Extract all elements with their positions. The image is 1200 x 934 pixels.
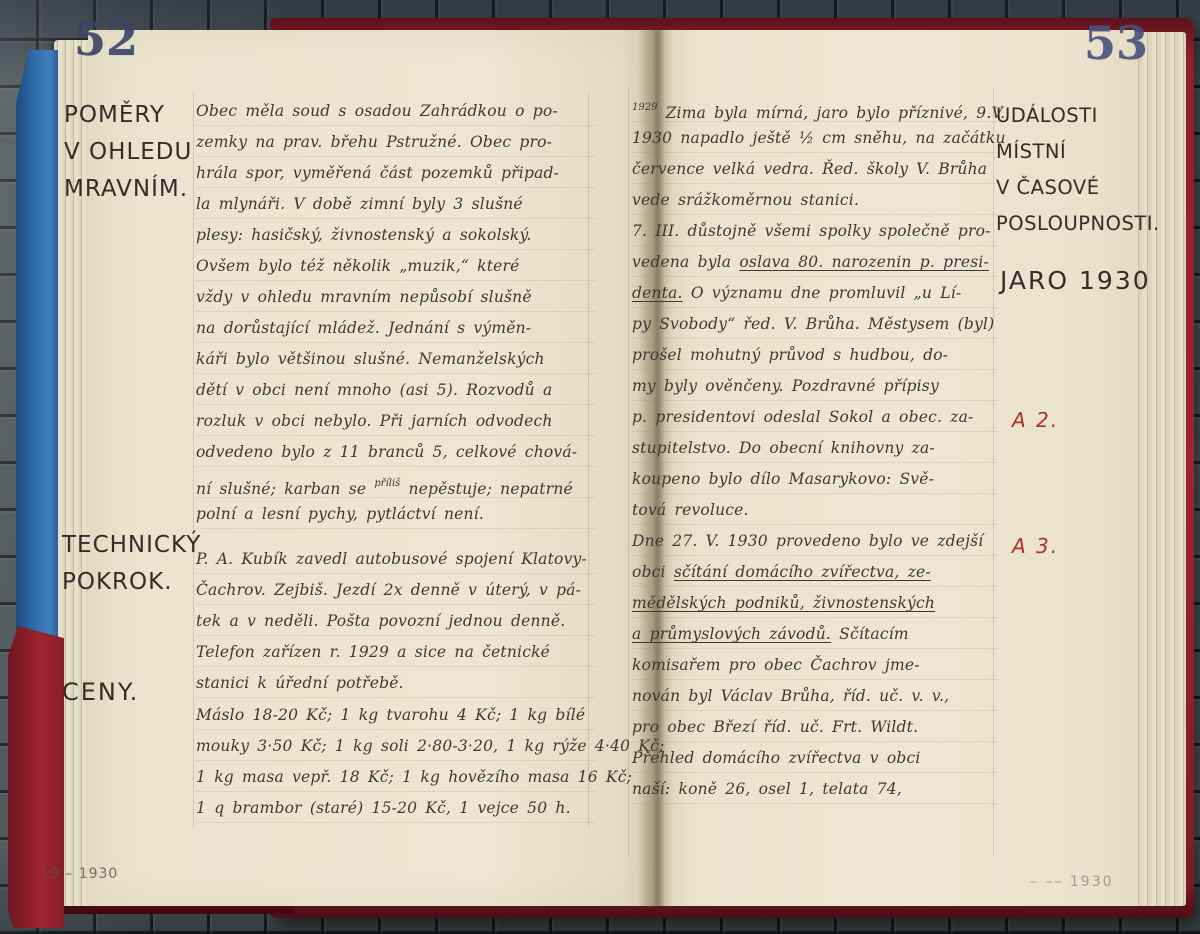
- handwriting-line: prošel mohutný průvod s hudbou, do-: [632, 340, 998, 371]
- handwriting-line: mědělských podniků, živnostenských: [632, 588, 998, 619]
- handwriting-line: vedena byla oslava 80. narozenin p. pres…: [632, 247, 998, 278]
- handwriting-line: dětí v obci není mnoho (asi 5). Rozvodů …: [196, 375, 596, 406]
- handwriting-line: pro obec Březí říd. uč. Frt. Wildt.: [632, 712, 998, 743]
- handwriting-line: 1 kg masa vepř. 18 Kč; 1 kg hovězího mas…: [196, 762, 596, 793]
- margin-heading-spring-1930: JARO 1930: [1000, 266, 1151, 302]
- corner-stamp: – –– 1930: [1030, 874, 1114, 890]
- margin-heading-line: JARO 1930: [1000, 266, 1151, 302]
- handwriting-line: zemky na prav. břehu Pstružné. Obec pro-: [196, 127, 596, 158]
- handwriting-line: rozluk v obci nebylo. Při jarních odvode…: [196, 406, 596, 437]
- margin-heading-line: TECHNICKÝ: [62, 532, 201, 569]
- handwriting-line: nován byl Václav Brůha, říd. uč. v. v.,: [632, 681, 998, 712]
- handwritten-paragraph-chronicle: 1929 Zima byla mírná, jaro bylo příznivé…: [632, 92, 998, 805]
- handwriting-line: Čachrov. Zejbiš. Jezdí 2x denně v úterý,…: [196, 575, 596, 606]
- margin-heading-prices: CENY.: [62, 678, 139, 715]
- handwriting-line: mouky 3·50 Kč; 1 kg soli 2·80-3·20, 1 kg…: [196, 731, 596, 762]
- red-annotation-a2: A 2.: [1012, 408, 1059, 432]
- margin-heading-line: POMĚRY: [64, 102, 192, 139]
- margin-heading-line: MÍSTNÍ: [996, 140, 1160, 176]
- handwriting-line: 1929 Zima byla mírná, jaro bylo příznivé…: [632, 92, 998, 123]
- handwriting-line: tek a v neděli. Pošta povozní jednou den…: [196, 606, 596, 637]
- handwriting-line: 7. III. důstojně všemi spolky společně p…: [632, 216, 998, 247]
- handwriting-line: py Svobody“ řed. V. Brůha. Městysem (byl…: [632, 309, 998, 340]
- handwriting-line: Přehled domácího zvířectva v obci: [632, 743, 998, 774]
- margin-heading-line: POSLOUPNOSTI.: [996, 212, 1160, 248]
- margin-heading-line: POKROK.: [62, 569, 201, 606]
- margin-heading-moral-conditions: POMĚRYV OHLEDUMRAVNÍM.: [64, 102, 192, 213]
- handwriting-line: plesy: hasičský, živnostenský a sokolský…: [196, 220, 596, 251]
- corner-stamp: 19 – 1930: [40, 866, 118, 882]
- chronicle-book-photo: { "pages": { "left": { "number": "52", "…: [0, 0, 1200, 934]
- margin-heading-local-events: UDÁLOSTIMÍSTNÍV ČASOVÉPOSLOUPNOSTI.: [996, 104, 1160, 248]
- handwriting-line: naší: koně 26, osel 1, telata 74,: [632, 774, 998, 805]
- handwriting-line: Telefon zařízen r. 1929 a sice na četnic…: [196, 637, 596, 668]
- ruled-guide-line: [193, 92, 194, 828]
- handwriting-line: července velká vedra. Řed. školy V. Brůh…: [632, 154, 998, 185]
- margin-heading-line: UDÁLOSTI: [996, 104, 1160, 140]
- red-annotation-a3: A 3.: [1012, 534, 1059, 558]
- handwritten-paragraph-moral: Obec měla soud s osadou Zahrádkou o po-z…: [196, 96, 596, 530]
- handwriting-line: ní slušné; karban se příliš nepěstuje; n…: [196, 468, 596, 499]
- handwriting-line: Máslo 18-20 Kč; 1 kg tvarohu 4 Kč; 1 kg …: [196, 700, 596, 731]
- handwritten-paragraph-prices: Máslo 18-20 Kč; 1 kg tvarohu 4 Kč; 1 kg …: [196, 700, 596, 824]
- handwriting-line: a průmyslových závodů. Sčítacím: [632, 619, 998, 650]
- margin-heading-line: V ČASOVÉ: [996, 176, 1160, 212]
- margin-heading-line: CENY.: [62, 678, 139, 715]
- margin-heading-line: MRAVNÍM.: [64, 176, 192, 213]
- handwriting-line: polní a lesní pychy, pytláctví není.: [196, 499, 596, 530]
- handwriting-line: 1930 napadlo ještě ½ cm sněhu, na začátk…: [632, 123, 998, 154]
- margin-heading-line: V OHLEDU: [64, 139, 192, 176]
- book-cover-corner-bottom-left: [8, 626, 64, 928]
- handwriting-line: P. A. Kubík zavedl autobusové spojení Kl…: [196, 544, 596, 575]
- handwriting-line: my byly ověnčeny. Pozdravné přípisy: [632, 371, 998, 402]
- page-edges-blue-tinted: [16, 50, 58, 650]
- handwriting-line: koupeno bylo dílo Masarykovo: Svě-: [632, 464, 998, 495]
- handwriting-line: p. presidentovi odeslal Sokol a obec. za…: [632, 402, 998, 433]
- handwriting-line: stupitelstvo. Do obecní knihovny za-: [632, 433, 998, 464]
- page-number: 52: [74, 12, 138, 66]
- handwriting-line: la mlynáři. V době zimní byly 3 slušné: [196, 189, 596, 220]
- handwriting-line: na dorůstající mládež. Jednání s výměn-: [196, 313, 596, 344]
- handwriting-line: stanici k úřední potřebě.: [196, 668, 596, 699]
- handwriting-line: denta. O významu dne promluvil „u Lí-: [632, 278, 998, 309]
- handwriting-line: tová revoluce.: [632, 495, 998, 526]
- margin-heading-technical-progress: TECHNICKÝPOKROK.: [62, 532, 201, 606]
- handwriting-line: 1 q brambor (staré) 15-20 Kč, 1 vejce 50…: [196, 793, 596, 824]
- handwriting-line: obci sčítání domácího zvířectva, ze-: [632, 557, 998, 588]
- handwriting-line: Obec měla soud s osadou Zahrádkou o po-: [196, 96, 596, 127]
- handwriting-line: Dne 27. V. 1930 provedeno bylo ve zdejší: [632, 526, 998, 557]
- handwriting-line: káři bylo většinou slušné. Nemanželských: [196, 344, 596, 375]
- page-number: 53: [1084, 16, 1148, 70]
- handwriting-line: komisařem pro obec Čachrov jme-: [632, 650, 998, 681]
- handwriting-line: vždy v ohledu mravním nepůsobí slušně: [196, 282, 596, 313]
- handwriting-line: vede srážkoměrnou stanici.: [632, 185, 998, 216]
- handwriting-line: hrála spor, vyměřená část pozemků připad…: [196, 158, 596, 189]
- handwritten-paragraph-technical: P. A. Kubík zavedl autobusové spojení Kl…: [196, 544, 596, 699]
- handwriting-line: Ovšem bylo též několik „muzik,“ které: [196, 251, 596, 282]
- handwriting-line: odvedeno bylo z 11 branců 5, celkové cho…: [196, 437, 596, 468]
